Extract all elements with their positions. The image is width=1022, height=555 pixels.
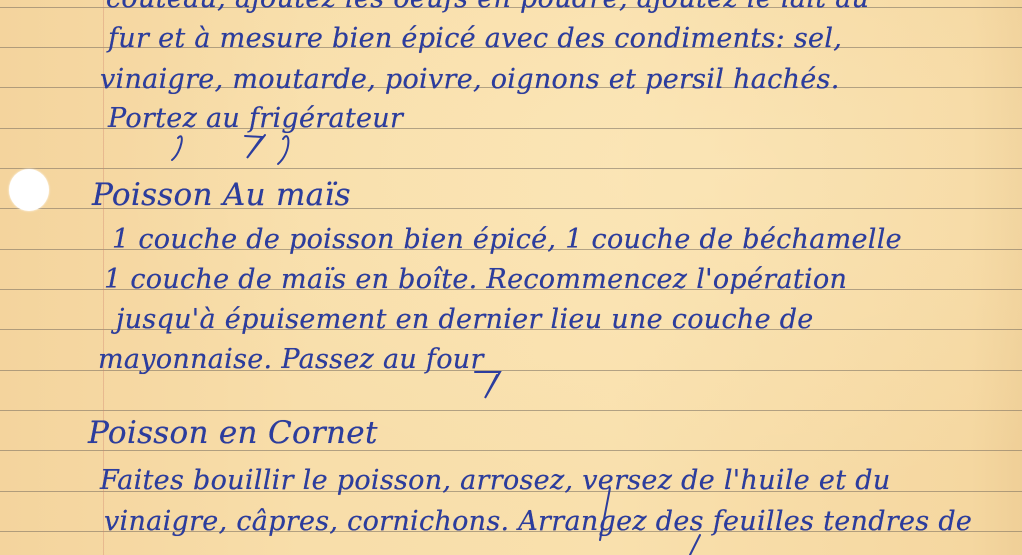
handwriting-flourishes — [0, 0, 1022, 555]
notebook-page: couteau, ajoutez les oeufs en poudre, aj… — [0, 0, 1022, 555]
